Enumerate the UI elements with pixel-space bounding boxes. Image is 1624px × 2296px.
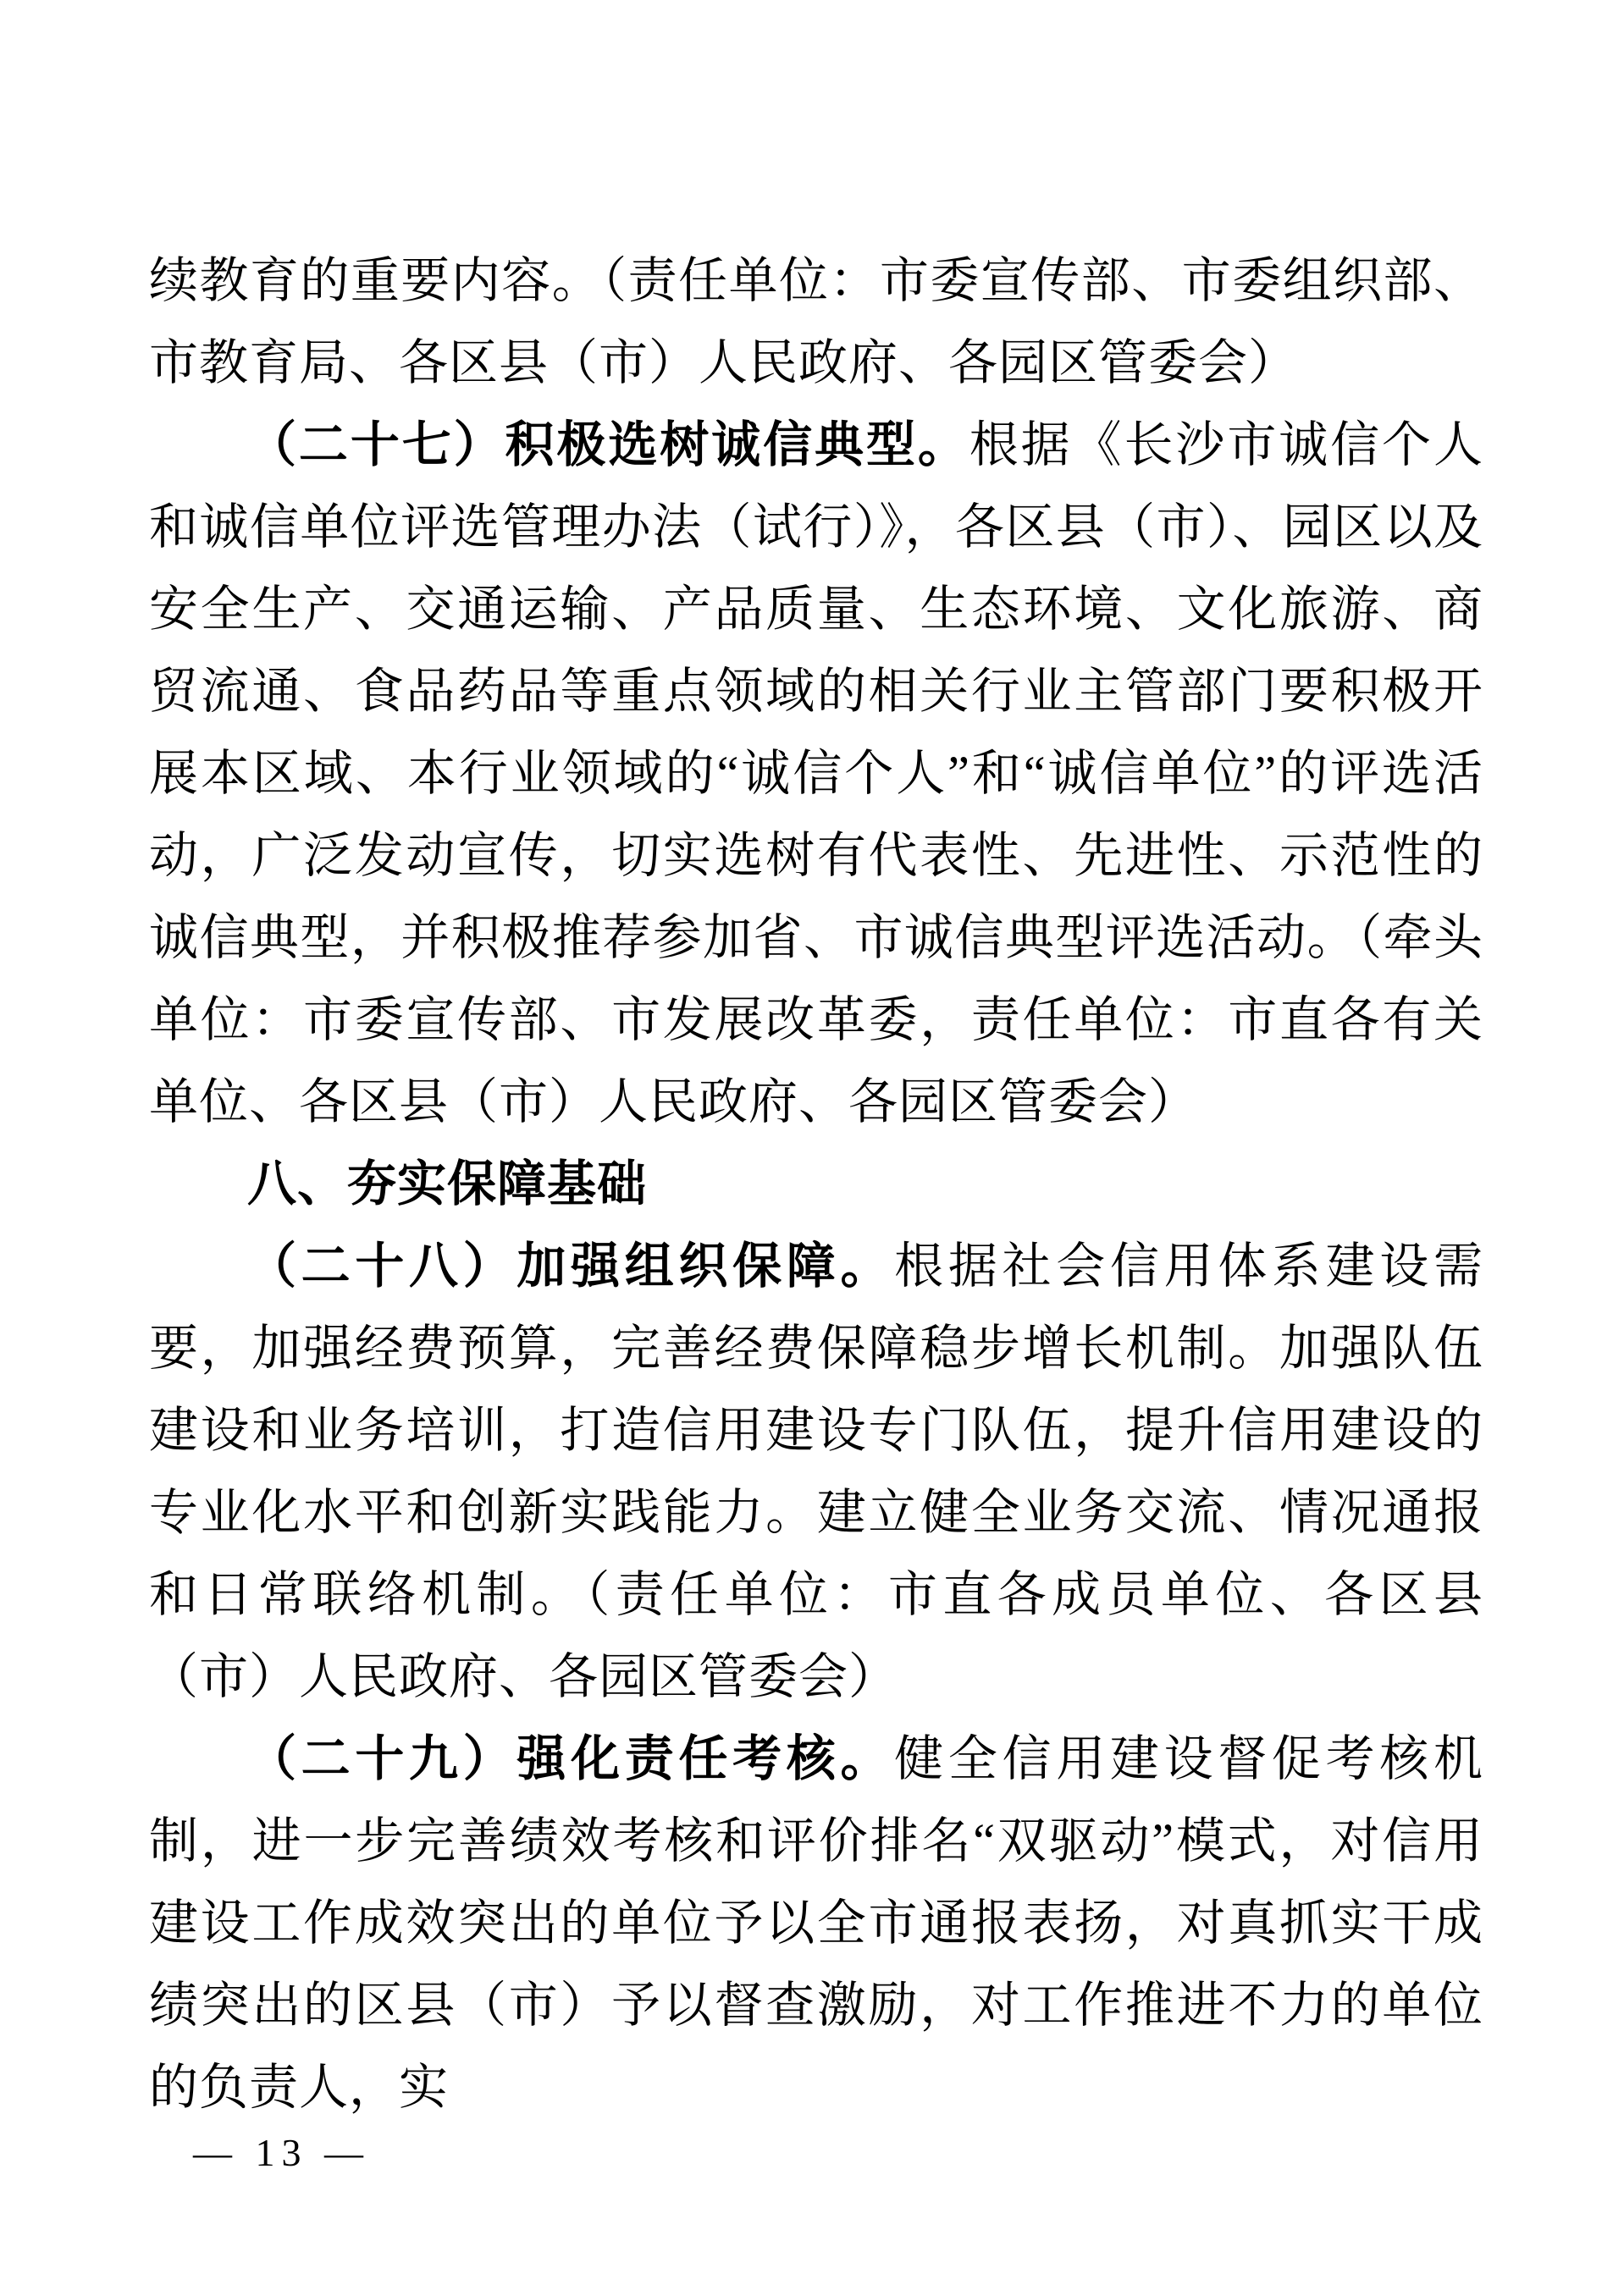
run-in-bold-head: （二十九）强化责任考核。 bbox=[247, 1731, 894, 1786]
paragraph-29: （二十九）强化责任考核。健全信用建设督促考核机制，进一步完善绩效考核和评价排名“… bbox=[149, 1718, 1483, 2128]
body-text: 根据社会信用体系建设需要，加强经费预算，完善经费保障稳步增长机制。加强队伍建设和… bbox=[149, 1239, 1483, 1704]
page-number: — 13 — bbox=[193, 2130, 370, 2175]
paragraph-28: （二十八）加强组织保障。根据社会信用体系建设需要，加强经费预算，完善经费保障稳步… bbox=[149, 1225, 1483, 1718]
body-text: 续教育的重要内容。（责任单位：市委宣传部、市委组织部、市教育局、各区县（市）人民… bbox=[149, 253, 1483, 390]
section-heading-8: 八、夯实保障基础 bbox=[149, 1143, 1483, 1225]
paragraph-26-continuation: 续教育的重要内容。（责任单位：市委宣传部、市委组织部、市教育局、各区县（市）人民… bbox=[149, 240, 1483, 404]
run-in-bold-head: （二十七）积极选树诚信典型。 bbox=[247, 417, 969, 472]
paragraph-27: （二十七）积极选树诚信典型。根据《长沙市诚信个人和诚信单位评选管理办法（试行）》… bbox=[149, 404, 1483, 1143]
body-text: 健全信用建设督促考核机制，进一步完善绩效考核和评价排名“双驱动”模式，对信用建设… bbox=[149, 1731, 1483, 2115]
document-page: 续教育的重要内容。（责任单位：市委宣传部、市委组织部、市教育局、各区县（市）人民… bbox=[0, 0, 1624, 2296]
body-text: 根据《长沙市诚信个人和诚信单位评选管理办法（试行）》，各区县（市）、园区以及安全… bbox=[149, 417, 1483, 1129]
text-block: 续教育的重要内容。（责任单位：市委宣传部、市委组织部、市教育局、各区县（市）人民… bbox=[149, 240, 1483, 2128]
run-in-bold-head: （二十八）加强组织保障。 bbox=[247, 1239, 894, 1294]
run-in-bold-head: 八、夯实保障基础 bbox=[247, 1156, 647, 1211]
